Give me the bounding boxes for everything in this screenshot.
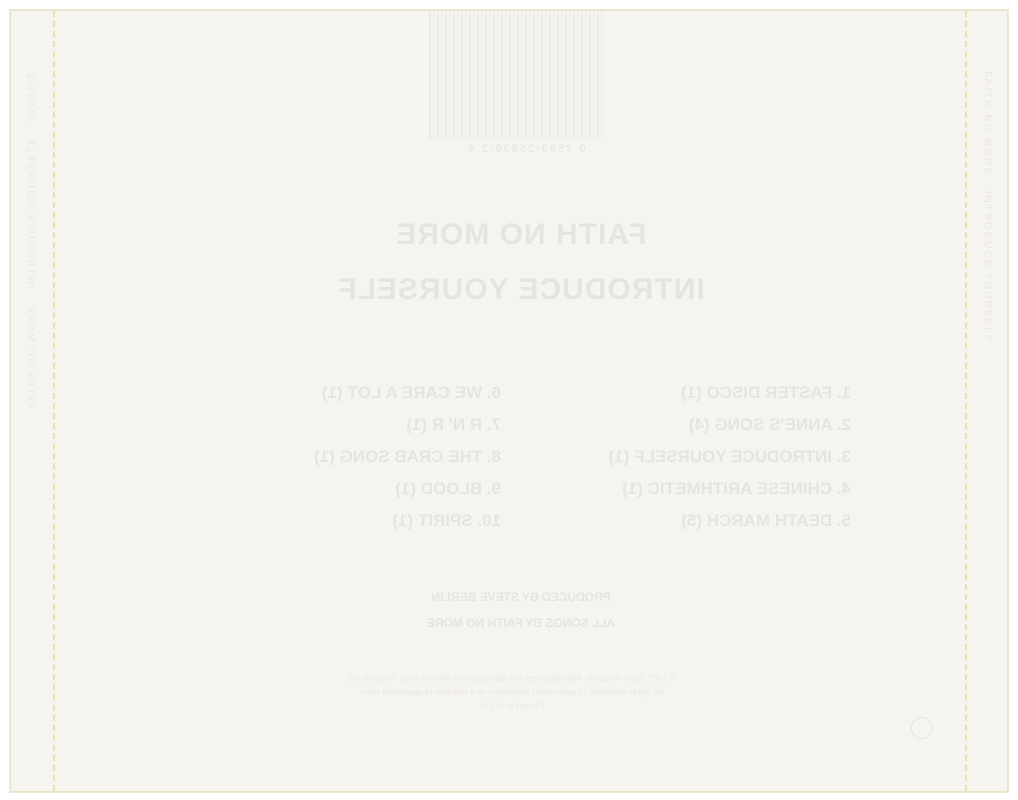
credit-line: ALL SONGS BY FAITH NO MORE bbox=[351, 610, 691, 636]
track: 9. BLOOD (1) bbox=[201, 473, 501, 505]
legal-text: © 1987 Slash Records. Manufactured and d… bbox=[221, 671, 801, 713]
track: 5. DEATH MARCH (5) bbox=[531, 505, 851, 537]
track: 3. INTRODUCE YOURSELF (1) bbox=[531, 441, 851, 473]
track: 1. FASTER DISCO (1) bbox=[531, 377, 851, 409]
barcode-number: 0 7599-25639-2 4 bbox=[441, 143, 611, 155]
left-fold-line bbox=[53, 11, 55, 791]
right-fold-line bbox=[965, 11, 967, 791]
label-logo-icon bbox=[911, 717, 933, 739]
barcode bbox=[429, 11, 605, 139]
legal-line: Printed in U.S.A. bbox=[221, 699, 801, 713]
spine-right-text: FAITH NO MORE · INTRODUCE YOURSELF bbox=[982, 71, 993, 343]
cd-insert-back: 0 7599-25639-2 4 FAITH NO MORE INTRODUCE… bbox=[10, 10, 1008, 792]
band-name: FAITH NO MORE bbox=[311, 218, 731, 252]
track: 10. SPIRIT (1) bbox=[201, 505, 501, 537]
track: 7. R N' R (1) bbox=[201, 409, 501, 441]
credits: PRODUCED BY STEVE BERLIN ALL SONGS BY FA… bbox=[351, 584, 691, 636]
legal-line: All rights reserved. Unauthorized duplic… bbox=[221, 685, 801, 699]
track: 6. WE CARE A LOT (1) bbox=[201, 377, 501, 409]
credit-line: PRODUCED BY STEVE BERLIN bbox=[351, 584, 691, 610]
track: 2. ANNE'S SONG (4) bbox=[531, 409, 851, 441]
legal-line: © 1987 Slash Records. Manufactured and d… bbox=[221, 671, 801, 685]
track: 8. THE CRAB SONG (1) bbox=[201, 441, 501, 473]
album-title: INTRODUCE YOURSELF bbox=[311, 273, 731, 307]
tracklist-1-5: 1. FASTER DISCO (1) 2. ANNE'S SONG (4) 3… bbox=[531, 377, 851, 537]
spine-left-text: FAITH NO MORE · INTRODUCE YOURSELF · 256… bbox=[25, 71, 36, 408]
tracklist-6-10: 6. WE CARE A LOT (1) 7. R N' R (1) 8. TH… bbox=[201, 377, 501, 537]
track: 4. CHINESE ARITHMETIC (1) bbox=[531, 473, 851, 505]
